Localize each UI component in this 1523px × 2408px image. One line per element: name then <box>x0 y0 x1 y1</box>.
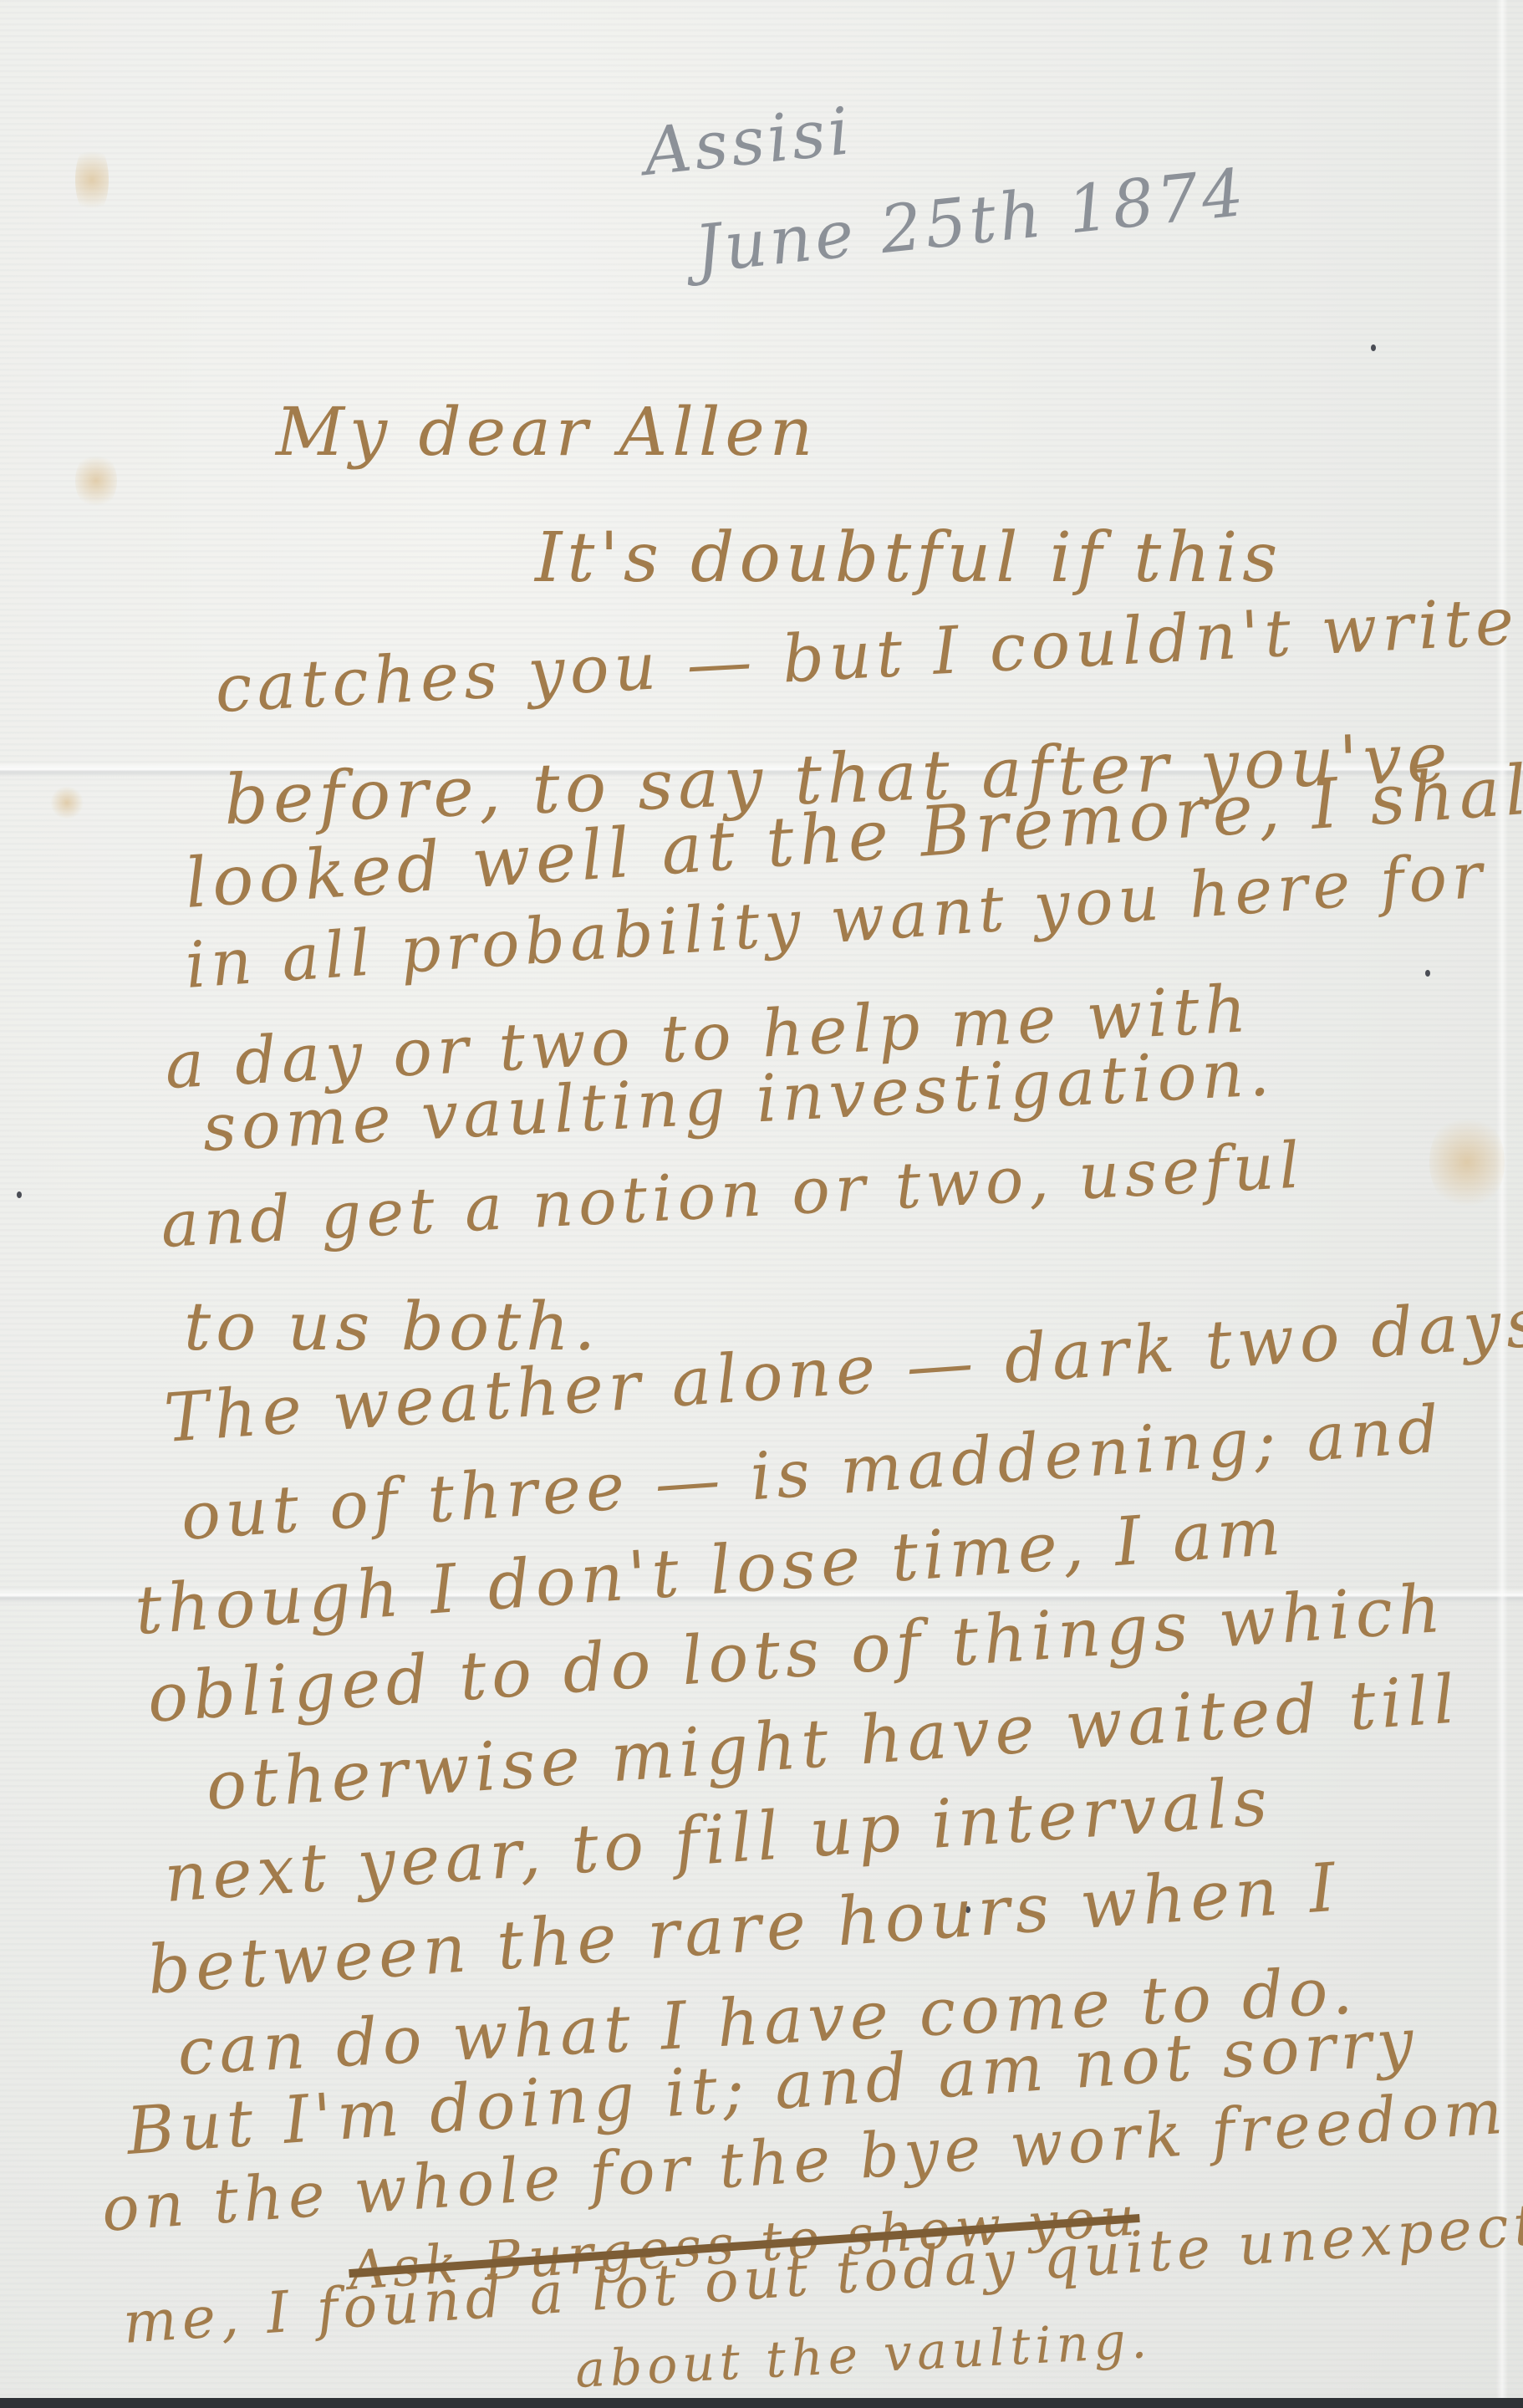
letter-line: It's doubtful if this <box>535 518 1282 598</box>
letter-line: about the vaulting. <box>573 2311 1153 2398</box>
pencil-place: Assisi <box>640 94 856 191</box>
paper-stain <box>1429 1112 1505 1212</box>
letter-page: Assisi June 25th 1874 My dear Allen It's… <box>0 0 1523 2398</box>
paper-stain <box>75 142 109 217</box>
letter-line: catches you — but I couldn't write <box>213 584 1520 727</box>
paper-fold-vertical <box>1496 0 1508 2398</box>
ink-speck <box>1425 970 1430 977</box>
scan-edge <box>0 2398 1523 2408</box>
paper-stain <box>75 451 117 510</box>
salutation: My dear Allen <box>276 393 818 471</box>
ink-speck <box>17 1191 22 1198</box>
ink-speck <box>1371 344 1376 351</box>
paper-stain <box>50 786 84 819</box>
